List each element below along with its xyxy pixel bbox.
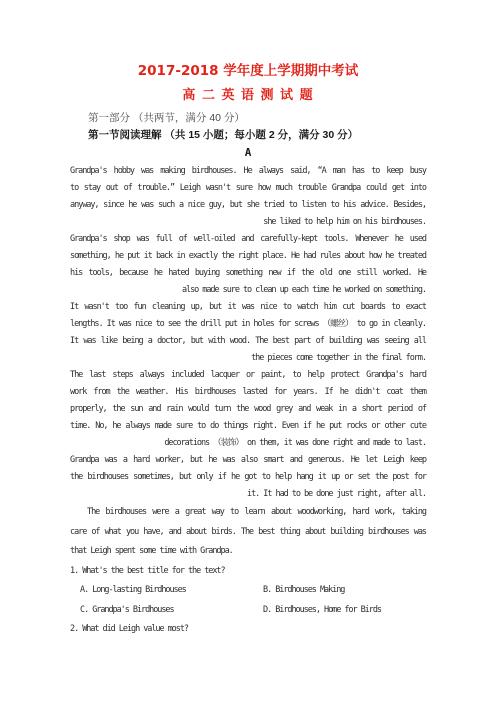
passage-line: Grandpa's shop was full of well-oiled an… [70,231,426,248]
option-c: C. Grandpa's Birdhouses [80,601,263,621]
passage-line: anyway, since he was such a nice guy, bu… [70,197,426,214]
passage-line: Grandpa was a hard worker, but he was al… [70,452,426,469]
exam-page: 2017-2018 学年度上学期期中考试 高 二 英 语 测 试 题 第一部分 … [0,0,496,702]
questions-block: 1. What's the best title for the text? A… [70,562,426,640]
question-1-options-row-2: C. Grandpa's BirdhousesD. Birdhouses, Ho… [70,601,426,621]
passage-line: decorations （装饰） on them, it was done ri… [70,435,426,452]
passage-label: A [0,146,496,159]
option-a: A. Long-lasting Birdhouses [80,581,263,601]
exam-title: 2017-2018 学年度上学期期中考试 [0,0,496,79]
passage-line: work from the weather. His birdhouses la… [70,384,426,401]
passage-line: time. No, he always made sure to do thin… [70,418,426,435]
question-2: 2. What did Leigh value most? [70,620,426,640]
exam-subtitle: 高 二 英 语 测 试 题 [0,88,496,104]
reading-passage: Grandpa's hobby was making birdhouses. H… [70,163,426,503]
part-one-heading: 第一部分 （共两节，满分 40 分） [88,112,496,125]
section-one-heading: 第一节阅读理解 （共 15 小题；每小题 2 分，满分 30 分） [88,129,496,142]
passage-line: the pieces come together in the final fo… [70,350,426,367]
question-1-options-row-1: A. Long-lasting BirdhousesB. Birdhouses … [70,581,426,601]
passage-line: his tools, because he hated buying somet… [70,265,426,282]
passage-line: properly, the sun and rain would turn th… [70,401,426,418]
passage-line: to stay out of trouble.” Leigh wasn't su… [70,180,426,197]
passage-line: lengths. It was nice to see the drill pu… [70,316,426,333]
passage-line: she liked to help him on his birdhouses. [70,214,426,231]
option-d: D. Birdhouses, Home for Birds [263,601,381,621]
passage-line: also made sure to clean up each time he … [70,282,426,299]
passage-line: it. It had to be done just right, after … [70,486,426,503]
passage-line: care of what you have, and about birds. … [70,523,426,543]
passage-line: Grandpa's hobby was making birdhouses. H… [70,163,426,180]
passage-line: something, he put it back in exactly the… [70,248,426,265]
passage-line: The birdhouses were a great way to learn… [70,503,426,523]
option-b: B. Birdhouses Making [263,581,344,601]
closing-paragraph: The birdhouses were a great way to learn… [70,503,426,562]
passage-line: the birdhouses sometimes, but only if he… [70,469,426,486]
passage-line: It was like being a doctor, but with woo… [70,333,426,350]
passage-line: The last steps always included lacquer o… [70,367,426,384]
passage-line: that Leigh spent some time with Grandpa. [70,542,426,562]
passage-line: It wasn't too fun cleaning up, but it wa… [70,299,426,316]
question-1: 1. What's the best title for the text? [70,562,426,582]
